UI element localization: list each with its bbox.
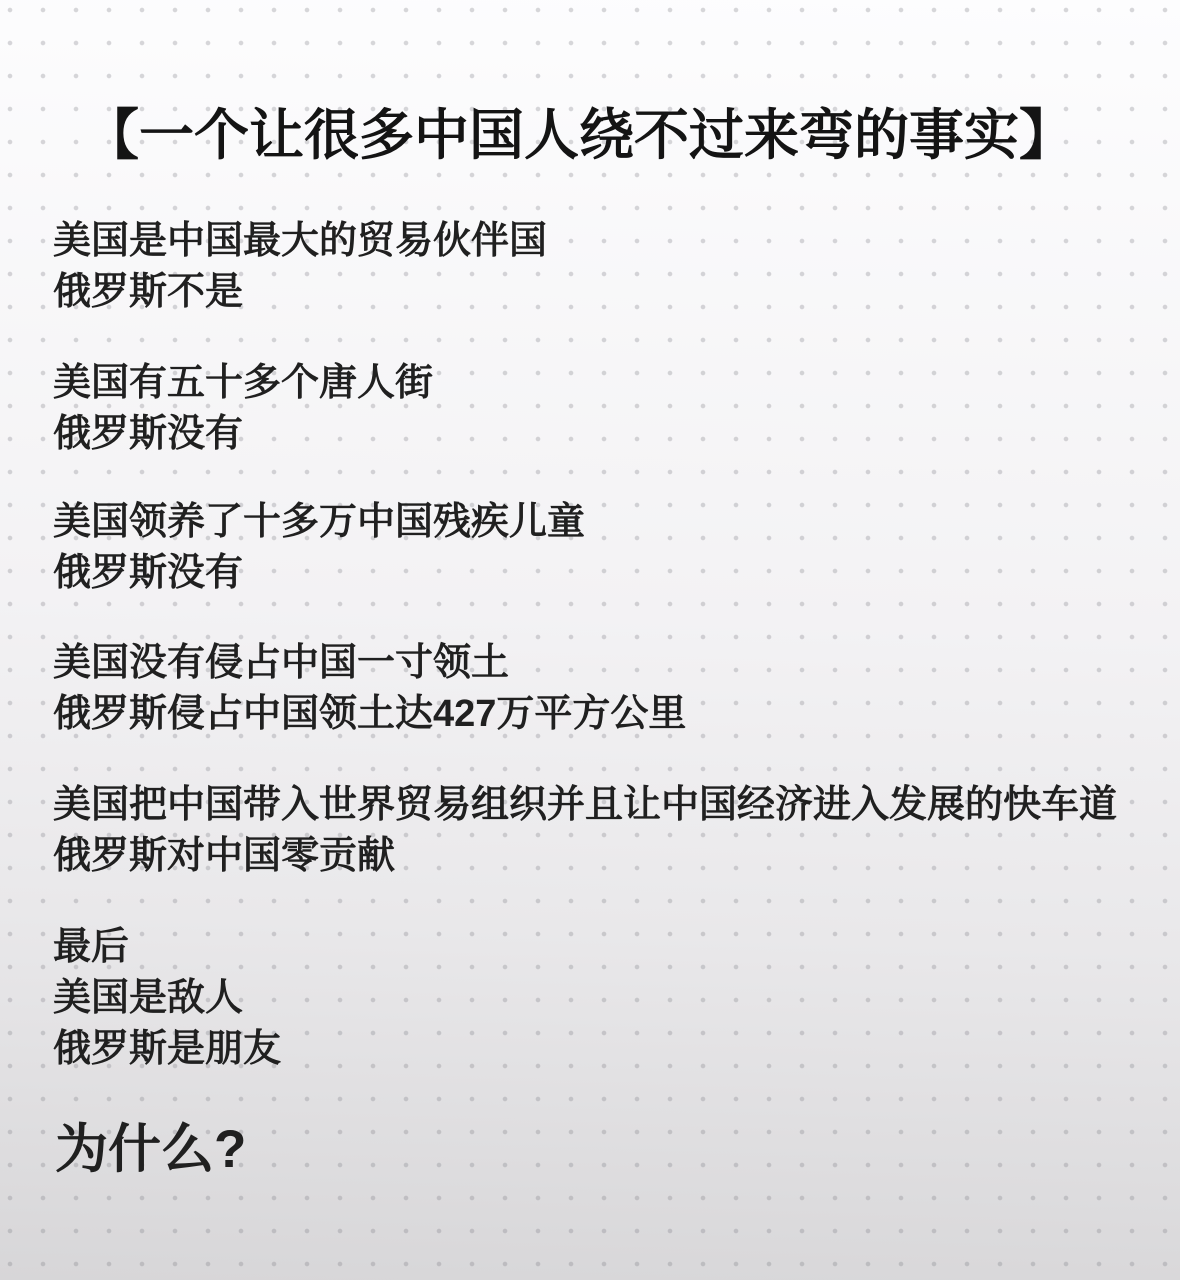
text-poster: 【一个让很多中国人绕不过来弯的事实】 美国是中国最大的贸易伙伴国 俄罗斯不是 美… (0, 0, 1180, 1280)
statement-line-russia: 俄罗斯没有 (53, 409, 433, 460)
statement-line-russia: 俄罗斯没有 (53, 548, 585, 599)
statement-group-chinatowns: 美国有五十多个唐人街 俄罗斯没有 (53, 358, 433, 460)
statement-line-russia: 俄罗斯对中国零贡献 (53, 831, 1117, 882)
statement-line-us: 美国是中国最大的贸易伙伴国 (53, 216, 547, 267)
statement-group-conclusion: 最后 美国是敌人 俄罗斯是朋友 (53, 922, 281, 1075)
statement-group-trade: 美国是中国最大的贸易伙伴国 俄罗斯不是 (53, 216, 547, 318)
statement-line-us: 美国有五十多个唐人街 (53, 358, 433, 409)
statement-group-adoption: 美国领养了十多万中国残疾儿童 俄罗斯没有 (53, 497, 585, 599)
conclusion-line-us: 美国是敌人 (53, 973, 281, 1024)
conclusion-line-russia: 俄罗斯是朋友 (53, 1024, 281, 1075)
statement-line-russia: 俄罗斯不是 (53, 267, 547, 318)
closing-question: 为什么? (55, 1118, 246, 1182)
statement-line-us: 美国领养了十多万中国残疾儿童 (53, 497, 585, 548)
statement-line-us: 美国把中国带入世界贸易组织并且让中国经济进入发展的快车道 (53, 780, 1117, 831)
statement-line-us: 美国没有侵占中国一寸领土 (53, 638, 686, 689)
poster-title: 【一个让很多中国人绕不过来弯的事实】 (84, 100, 1074, 170)
statement-group-wto: 美国把中国带入世界贸易组织并且让中国经济进入发展的快车道 俄罗斯对中国零贡献 (53, 780, 1117, 882)
statement-line-russia: 俄罗斯侵占中国领土达427万平方公里 (53, 689, 686, 740)
statement-group-territory: 美国没有侵占中国一寸领土 俄罗斯侵占中国领土达427万平方公里 (53, 638, 686, 740)
conclusion-line-intro: 最后 (53, 922, 281, 973)
